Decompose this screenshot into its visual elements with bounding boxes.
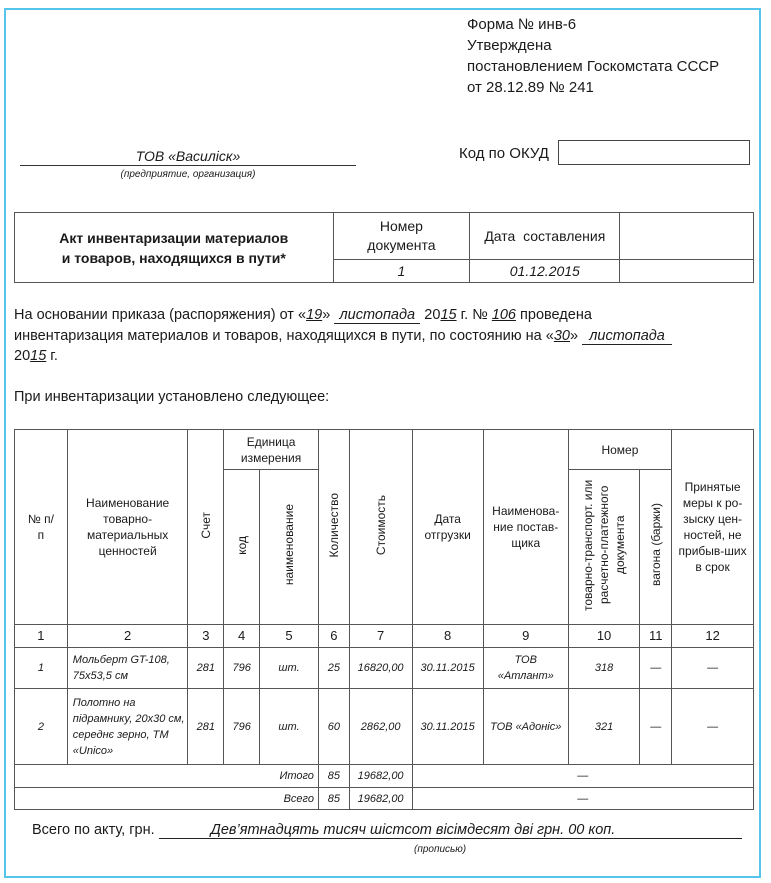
inventory-table: № п/п Наименование товарно-материальных … — [14, 429, 754, 810]
state-day[interactable]: 30 — [554, 328, 570, 344]
established-text: При инвентаризации установлено следующее… — [14, 389, 329, 405]
order-month[interactable]: листопада — [334, 307, 420, 324]
subtotal-row: Итого 85 19682,00 — — [15, 765, 754, 788]
doc-number-label: Номер документа — [333, 213, 470, 260]
header-supplier: Наименова-ние постав-щика — [483, 430, 568, 625]
organization-caption: (предприятие, организация) — [20, 169, 356, 180]
table-row: 2 Полотно на підрамнику, 20x30 см, серед… — [15, 689, 754, 765]
total-in-words[interactable]: Дев’ятнадцять тисяч шістсот вісімдесят д… — [159, 822, 742, 839]
header-num: № п/п — [15, 430, 68, 625]
header-account: Счет — [188, 430, 224, 625]
act-title: Акт инвентаризации материалов и товаров,… — [15, 213, 334, 283]
header-unit-name: наименование — [260, 470, 319, 625]
header-wagon: вагона (баржи) — [640, 470, 672, 625]
column-number-row: 1 2 3 4 5 6 7 8 9 10 11 12 — [15, 625, 754, 648]
header-unit-code: код — [224, 470, 260, 625]
header-qty: Количество — [318, 430, 349, 625]
header-number-group: Номер — [568, 430, 671, 470]
form-header-line: от 28.12.89 № 241 — [467, 77, 719, 98]
empty-cell — [620, 213, 754, 260]
header-cost: Стоимость — [349, 430, 412, 625]
header-doc-num: товарно-транспорт. или расчетно-платежно… — [568, 470, 640, 625]
header-ship-date: Дата отгрузки — [412, 430, 483, 625]
form-header-line: Утверждена — [467, 35, 719, 56]
empty-cell — [620, 260, 754, 283]
date-label: Дата составления — [470, 213, 620, 260]
okud-field[interactable] — [558, 140, 750, 165]
doc-number-value[interactable]: 1 — [333, 260, 470, 283]
order-day[interactable]: 19 — [306, 307, 322, 323]
state-year[interactable]: 15 — [30, 348, 46, 364]
total-label: Всего по акту, грн. — [32, 822, 155, 838]
basis-paragraph: На основании приказа (распоряжения) от «… — [14, 305, 754, 367]
act-header-table: Акт инвентаризации материалов и товаров,… — [14, 212, 754, 283]
form-header: Форма № инв-6 Утверждена постановлением … — [467, 14, 719, 98]
grand-total-row: Всего 85 19682,00 — — [15, 788, 754, 810]
header-measures: Принятые меры к ро-зыску цен-ностей, не … — [672, 430, 754, 625]
order-number[interactable]: 106 — [492, 307, 516, 323]
date-value[interactable]: 01.12.2015 — [470, 260, 620, 283]
header-unit-group: Единица измерения — [224, 430, 319, 470]
state-month[interactable]: листопада — [582, 328, 672, 345]
table-row: 1 Мольберт GT-108, 75x53,5 см 281 796 шт… — [15, 648, 754, 689]
total-by-act: Всего по акту, грн. Дев’ятнадцять тисяч … — [32, 822, 742, 839]
form-header-line: постановлением Госкомстата СССР — [467, 56, 719, 77]
order-year[interactable]: 15 — [440, 307, 456, 323]
okud-label: Код по ОКУД — [459, 145, 549, 162]
total-caption: (прописью) — [414, 844, 466, 855]
organization-field[interactable]: ТОВ «Василіск» — [20, 148, 356, 166]
form-header-line: Форма № инв-6 — [467, 14, 719, 35]
header-name: Наименование товарно-материальных ценнос… — [67, 430, 188, 625]
